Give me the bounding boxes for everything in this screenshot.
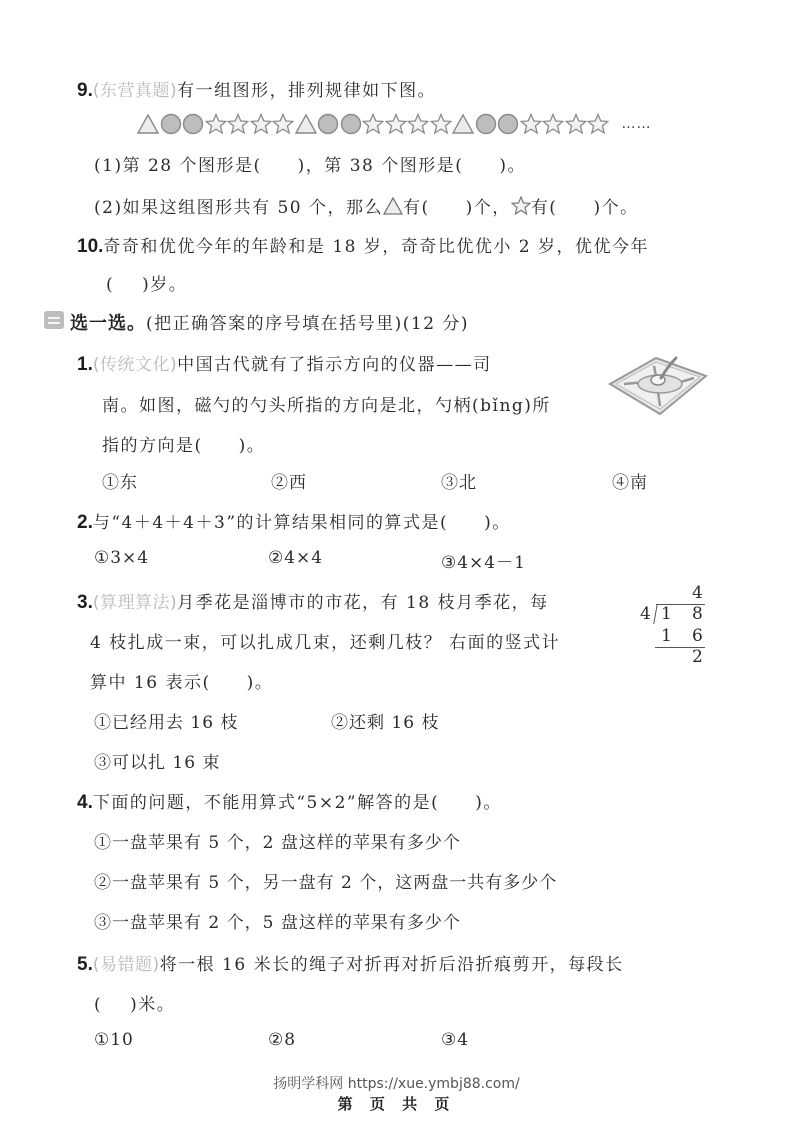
- question-tag: (算理算法): [93, 593, 177, 613]
- q9-sub1-text-c: )。: [499, 156, 526, 176]
- mc5-option-1[interactable]: ①10: [94, 1030, 134, 1050]
- question-number: 9.: [77, 80, 93, 101]
- mc1-close: )。: [239, 436, 266, 456]
- mc2-option-2[interactable]: ②4×4: [268, 548, 323, 568]
- mc2-close: )。: [484, 513, 511, 533]
- circle-icon: [317, 113, 339, 135]
- mc4-close: )。: [475, 793, 502, 813]
- shape-pattern: ……: [137, 113, 652, 135]
- division-bracket: [653, 604, 658, 624]
- mc5-line2: ()米。: [94, 990, 175, 1015]
- q9-sub2-text-b: 有(: [403, 198, 430, 218]
- circle-icon: [340, 113, 362, 135]
- section-number-icon: [44, 311, 64, 329]
- question-text: 与“4＋4＋4＋3”的计算结果相同的算式是(: [93, 513, 448, 533]
- mc1-text: 指的方向是(: [102, 436, 203, 456]
- question-number: 5.: [77, 954, 93, 975]
- mc4-option-1[interactable]: ①一盘苹果有 5 个，2 盘这样的苹果有多少个: [94, 828, 461, 853]
- section-title: 选一选。: [70, 313, 146, 334]
- circle-icon: [497, 113, 519, 135]
- compass-sinan-image: [606, 340, 726, 422]
- mc1-line2: 南。如图，磁勺的勺头所指的方向是北，勺柄(bǐng)所: [102, 391, 551, 416]
- division-product-tens: 1: [661, 626, 672, 646]
- footer-page-number: 第 页 共 页: [0, 1093, 793, 1114]
- question-number: 10.: [77, 236, 103, 257]
- q9-sub2-text-c: )个，: [466, 198, 511, 218]
- footer-site-link[interactable]: 扬明学科网 https://xue.ymbj88.com/: [0, 1073, 793, 1093]
- section-header: 选一选。(把正确答案的序号填在括号里)(12 分): [70, 309, 469, 335]
- mc3-close: )。: [247, 673, 274, 693]
- pattern-ellipsis: ……: [622, 116, 652, 132]
- star-icon: [542, 113, 564, 135]
- question-text: 有一组图形，排列规律如下图。: [177, 81, 436, 101]
- mc4-line1: 4.下面的问题，不能用算式“5×2”解答的是()。: [77, 788, 502, 814]
- star-icon: [385, 113, 407, 135]
- q9-sub2-text-d: 有(: [531, 198, 558, 218]
- mc3-option-3[interactable]: ③可以扎 16 束: [94, 748, 220, 773]
- circle-icon: [182, 113, 204, 135]
- q9-sub1: (1)第 28 个图形是()，第 38 个图形是()。: [94, 151, 526, 176]
- mc3-line3: 算中 16 表示()。: [90, 668, 273, 693]
- mc3-line2: 4 枝扎成一束，可以扎成几束，还剩几枝？ 右面的竖式计: [90, 628, 560, 653]
- star-icon: [520, 113, 542, 135]
- q10-text-a: (: [106, 275, 114, 295]
- star-icon: [205, 113, 227, 135]
- q9-sub1-text-a: (1)第 28 个图形是(: [94, 156, 262, 176]
- mc2-option-1[interactable]: ①3×4: [94, 548, 149, 568]
- circle-icon: [475, 113, 497, 135]
- star-icon: [511, 196, 531, 215]
- star-icon: [565, 113, 587, 135]
- q10-text-b: )岁。: [142, 275, 187, 295]
- mc1-option-1[interactable]: ①东: [102, 468, 138, 493]
- mc5-line1: 5.(易错题)将一根 16 米长的绳子对折再对折后沿折痕剪开，每段长: [77, 950, 624, 976]
- mc1-line3: 指的方向是()。: [102, 431, 265, 456]
- mc5-text-b: )米。: [130, 995, 175, 1015]
- star-icon: [430, 113, 452, 135]
- section-instruction: (把正确答案的序号填在括号里)(12 分): [146, 314, 469, 334]
- question-text: 将一根 16 米长的绳子对折再对折后沿折痕剪开，每段长: [160, 955, 624, 975]
- q9-sub1-text-b: )，第 38 个图形是(: [298, 156, 464, 176]
- star-icon: [587, 113, 609, 135]
- mc1-option-3[interactable]: ③北: [441, 468, 477, 493]
- question-text: 中国古代就有了指示方向的仪器——司: [177, 355, 492, 375]
- question-text: 奇奇和优优今年的年龄和是 18 岁，奇奇比优优小 2 岁，优优今年: [103, 237, 649, 257]
- mc3-line1: 3.(算理算法)月季花是淄博市的市花，有 18 枝月季花，每: [77, 588, 549, 614]
- division-divisor: 4: [640, 604, 651, 624]
- q9-sub2-text-a: (2)如果这组图形共有 50 个，那么: [94, 198, 383, 218]
- division-dividend-tens: 1: [661, 604, 672, 624]
- question-number: 3.: [77, 592, 93, 613]
- triangle-icon: [295, 113, 317, 135]
- q9-sub2: (2)如果这组图形共有 50 个，那么有()个，有()个。: [94, 193, 639, 218]
- triangle-icon: [383, 197, 403, 215]
- triangle-icon: [452, 113, 474, 135]
- long-division: 4 4 1 8 1 6 2: [635, 583, 715, 673]
- question-number: 4.: [77, 792, 93, 813]
- question-number: 1.: [77, 354, 93, 375]
- mc1-option-2[interactable]: ②西: [271, 468, 307, 493]
- triangle-icon: [137, 113, 159, 135]
- mc3-text: 算中 16 表示(: [90, 673, 211, 693]
- mc5-text-a: (: [94, 995, 102, 1015]
- star-icon: [407, 113, 429, 135]
- division-dividend-ones: 8: [692, 604, 703, 624]
- question-text: 月季花是淄博市的市花，有 18 枝月季花，每: [177, 593, 548, 613]
- division-product-ones: 6: [692, 626, 703, 646]
- star-icon: [362, 113, 384, 135]
- mc3-option-1[interactable]: ①已经用去 16 枝: [94, 708, 238, 733]
- division-quotient: 4: [692, 583, 703, 603]
- circle-icon: [160, 113, 182, 135]
- question-text: 下面的问题，不能用算式“5×2”解答的是(: [93, 793, 439, 813]
- star-icon: [272, 113, 294, 135]
- mc1-line1: 1.(传统文化)中国古代就有了指示方向的仪器——司: [77, 350, 492, 376]
- mc2-option-3[interactable]: ③4×4－1: [441, 548, 526, 573]
- mc4-option-3[interactable]: ③一盘苹果有 2 个，5 盘这样的苹果有多少个: [94, 908, 461, 933]
- star-icon: [227, 113, 249, 135]
- q10-line1: 10.奇奇和优优今年的年龄和是 18 岁，奇奇比优优小 2 岁，优优今年: [77, 232, 649, 258]
- question-tag: (东营真题): [93, 81, 177, 101]
- question-tag: (传统文化): [93, 355, 177, 375]
- mc2-line1: 2.与“4＋4＋4＋3”的计算结果相同的算式是()。: [77, 508, 511, 534]
- question-number: 2.: [77, 512, 93, 533]
- q10-line2: ()岁。: [106, 270, 187, 295]
- division-remainder: 2: [692, 647, 703, 667]
- q9-sub2-text-e: )个。: [593, 198, 638, 218]
- q9-title: 9.(东营真题)有一组图形，排列规律如下图。: [77, 76, 436, 102]
- mc1-option-4[interactable]: ④南: [612, 468, 648, 493]
- star-icon: [250, 113, 272, 135]
- mc5-option-2[interactable]: ②8: [268, 1030, 296, 1050]
- question-tag: (易错题): [93, 955, 160, 975]
- mc5-option-3[interactable]: ③4: [441, 1030, 469, 1050]
- mc4-option-2[interactable]: ②一盘苹果有 5 个，另一盘有 2 个，这两盘一共有多少个: [94, 868, 557, 893]
- mc3-option-2[interactable]: ②还剩 16 枝: [331, 708, 439, 733]
